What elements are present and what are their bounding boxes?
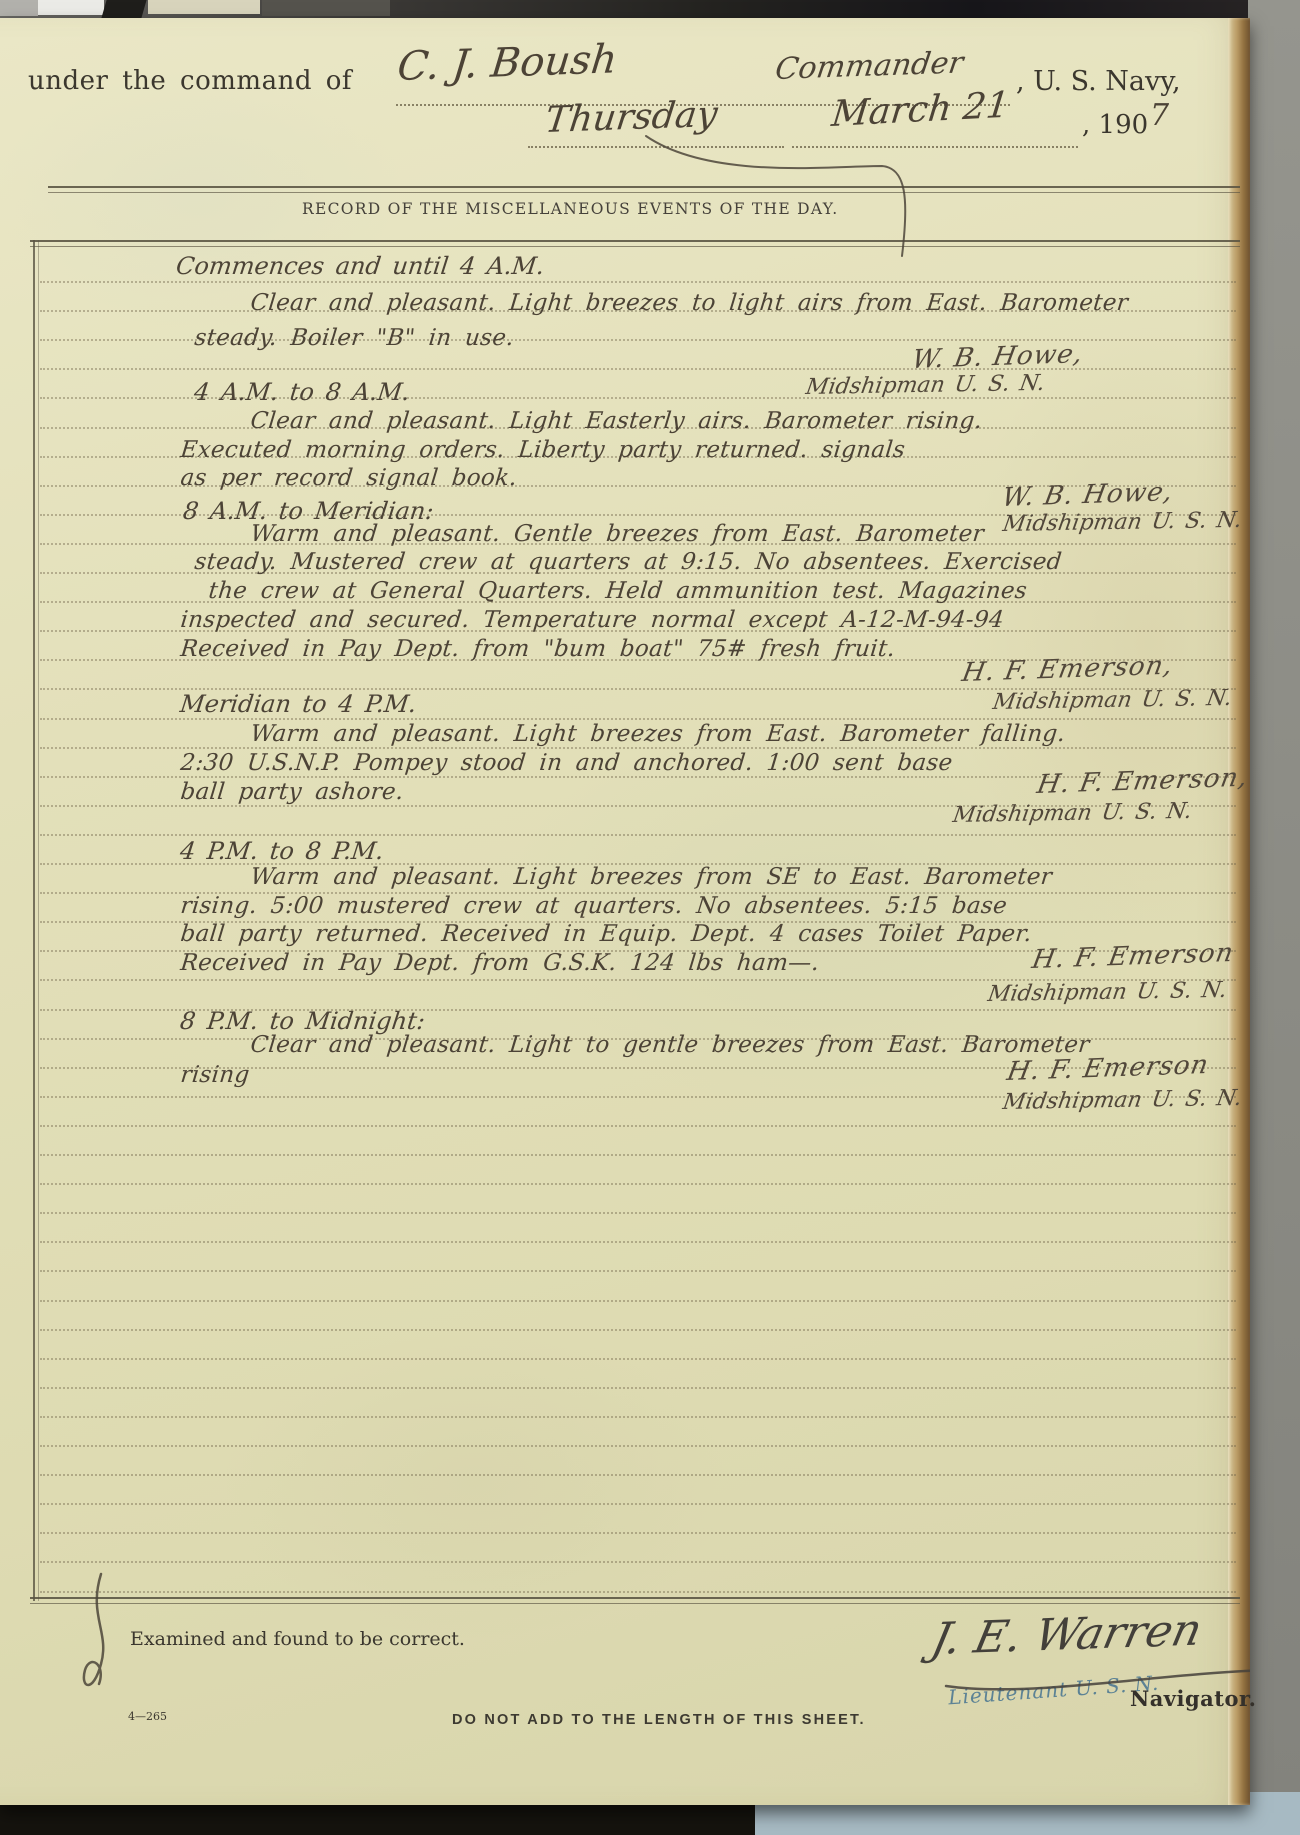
ruled-line — [40, 281, 1236, 283]
book-cover-edge — [0, 1801, 755, 1835]
ruled-line — [40, 1503, 1236, 1505]
ruled-line — [40, 1329, 1236, 1331]
ruled-line — [40, 1416, 1236, 1418]
entry-heading: Commences and until 4 A.M. — [175, 252, 546, 280]
ruled-line — [40, 1561, 1236, 1563]
entry-line: Warm and pleasant. Light breezes from Ea… — [249, 721, 1066, 747]
watch-signature-title: Midshipman U. S. N. — [951, 799, 1194, 828]
watch-signature: W. B. Howe, — [1000, 477, 1176, 513]
entry-line: Warm and pleasant. Light breezes from SE… — [249, 864, 1053, 890]
watch-signature-title: Midshipman U. S. N. — [1001, 1086, 1244, 1115]
entry-line: inspected and secured. Temperature norma… — [179, 607, 1005, 633]
entry-line: Clear and pleasant. Light Easterly airs.… — [249, 408, 983, 434]
entry-line: steady. Mustered crew at quarters at 9:1… — [193, 549, 1063, 575]
entry-line: the crew at General Quarters. Held ammun… — [207, 578, 1028, 604]
entry-heading: Meridian to 4 P.M. — [179, 690, 419, 718]
record-bottom-rule — [30, 1597, 1240, 1604]
watch-signature-title: Midshipman U. S. N. — [986, 978, 1229, 1007]
record-left-rule — [33, 240, 39, 1601]
ruled-line — [40, 1532, 1236, 1534]
length-warning: DO NOT ADD TO THE LENGTH OF THIS SHEET. — [452, 1712, 866, 1728]
entry-line: ball party returned. Received in Equip. … — [179, 921, 1033, 947]
logbook-page: under the command of C. J. Boush Command… — [0, 18, 1250, 1805]
entry-line: rising — [179, 1062, 251, 1088]
entry-line: Clear and pleasant. Light to gentle bree… — [249, 1032, 1091, 1058]
form-number: 4—265 — [128, 1710, 167, 1723]
ruled-line — [40, 1183, 1236, 1185]
entry-line: Received in Pay Dept. from "bum boat" 75… — [179, 636, 896, 662]
ruled-line — [40, 1212, 1236, 1214]
ruled-line — [40, 1300, 1236, 1302]
entry-line: Executed morning orders. Liberty party r… — [179, 437, 906, 463]
binding-paper-edge — [0, 0, 38, 16]
ruled-line — [40, 1154, 1236, 1156]
ruled-line — [40, 834, 1236, 836]
entry-line: Received in Pay Dept. from G.S.K. 124 lb… — [179, 950, 820, 976]
watch-signature-title: Midshipman U. S. N. — [991, 686, 1234, 715]
entry-line: rising. 5:00 mustered crew at quarters. … — [179, 893, 1008, 919]
binding-paper-edge — [148, 0, 260, 14]
binding-shadow-wedge — [101, 0, 146, 18]
logbook-photo: under the command of C. J. Boush Command… — [0, 0, 1300, 1835]
entry-line: steady. Boiler "B" in use. — [193, 325, 515, 351]
ruled-line — [40, 1125, 1236, 1127]
entry-line: Warm and pleasant. Gentle breezes from E… — [249, 521, 985, 547]
navigator-label: Navigator. — [1130, 1686, 1256, 1711]
ruled-line — [40, 1270, 1236, 1272]
entry-line: 2:30 U.S.N.P. Pompey stood in and anchor… — [179, 750, 954, 776]
watch-signature-title: Midshipman U. S. N. — [1001, 508, 1244, 537]
ruled-line — [40, 1445, 1236, 1447]
watch-signature: W. B. Howe, — [910, 339, 1086, 375]
entry-heading: 8 P.M. to Midnight: — [179, 1007, 427, 1035]
examined-statement: Examined and found to be correct. — [130, 1628, 465, 1650]
ruled-line — [40, 1358, 1236, 1360]
ruled-line — [40, 1241, 1236, 1243]
ruled-line — [40, 1387, 1236, 1389]
ruled-line — [40, 1474, 1236, 1476]
table-background — [1248, 0, 1300, 1800]
ruled-line — [40, 1591, 1236, 1593]
entry-heading: 4 A.M. to 8 A.M. — [193, 378, 412, 406]
binding-shadow — [262, 0, 390, 16]
entry-heading: 4 P.M. to 8 P.M. — [179, 837, 386, 865]
entry-line: Clear and pleasant. Light breezes to lig… — [249, 290, 1129, 316]
binding-paper-edge — [38, 0, 104, 15]
watch-signature-title: Midshipman U. S. N. — [804, 371, 1047, 400]
entry-line: ball party ashore. — [179, 779, 405, 805]
navigator-signature-handwriting: J. E. Warren — [927, 1605, 1206, 1665]
entry-line: as per record signal book. — [179, 465, 518, 491]
